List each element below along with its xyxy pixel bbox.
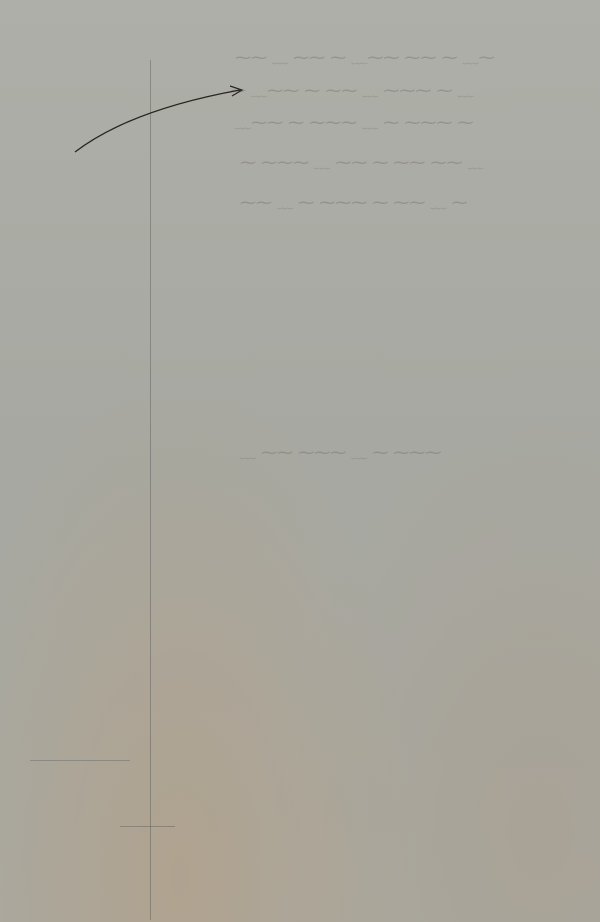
- bleed-through-text: ⁓ ﹏⁓⁓ ⁓ ⁓⁓ ﹏ ⁓⁓⁓ ⁓ ﹏: [230, 78, 474, 101]
- bleed-through-text: ⁓⁓ ﹏ ⁓ ⁓⁓⁓ ⁓ ⁓⁓ ﹏ ⁓: [240, 190, 468, 213]
- stamp-rule: [30, 760, 130, 761]
- document-page: ⁓⁓ ﹏ ⁓⁓ ⁓ ﹏⁓⁓ ⁓⁓ ⁓ ﹏⁓ ⁓ ﹏⁓⁓ ⁓ ⁓⁓ ﹏ ⁓⁓⁓ ⁓…: [0, 0, 600, 922]
- bleed-through-text: ⁓⁓ ﹏ ⁓⁓ ⁓ ﹏⁓⁓ ⁓⁓ ⁓ ﹏⁓: [235, 45, 495, 68]
- arrow-icon: [70, 80, 250, 155]
- bleed-through-text: ⁓ ⁓⁓⁓ ﹏ ⁓⁓ ⁓ ⁓⁓ ⁓⁓ ﹏: [240, 150, 484, 173]
- bleed-through-text: ﹏ ⁓⁓ ⁓⁓⁓ ﹏ ⁓ ⁓⁓⁓: [240, 440, 441, 463]
- stamp-rule: [120, 826, 175, 827]
- margin-rule: [150, 60, 151, 920]
- bleed-through-text: ﹏⁓⁓ ⁓ ⁓⁓⁓ ﹏ ⁓ ⁓⁓⁓ ⁓: [235, 110, 474, 133]
